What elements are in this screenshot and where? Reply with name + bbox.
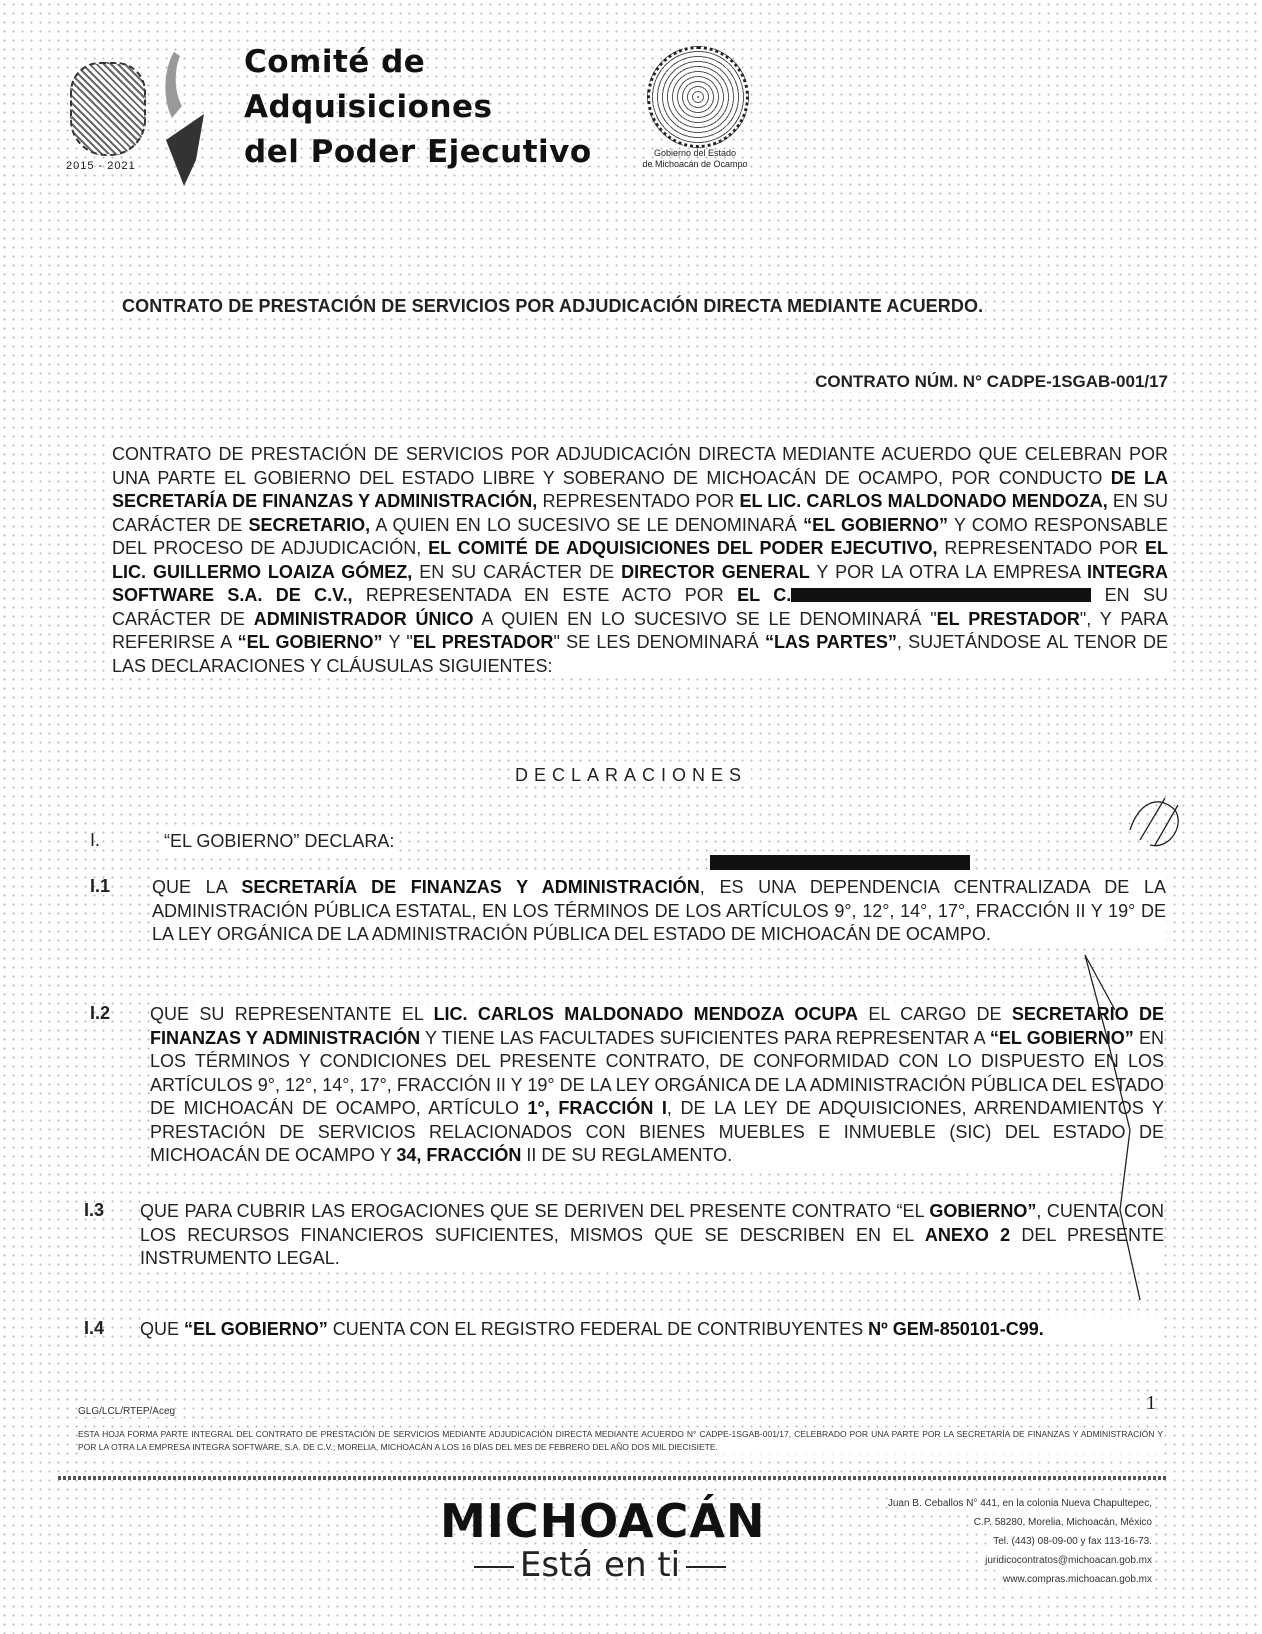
body-text: A QUIEN EN LO SUCESIVO SE LE DENOMINARÁ (370, 515, 803, 535)
body-text: " SE LES DENOMINARÁ (553, 632, 765, 652)
contact-address: Juan B. Ceballos N° 441, en la colonia N… (888, 1494, 1152, 1589)
declaration-number: I.4 (84, 1318, 104, 1339)
reference-code: GLG/LCL/RTEP/Aceg (78, 1406, 175, 1417)
emphasis-text: SECRETARIO, (248, 515, 370, 535)
signature-stroke-icon (1080, 950, 1160, 1310)
committee-line: Adquisiciones (244, 85, 592, 130)
emphasis-text: ADMINISTRADOR ÚNICO (254, 609, 474, 629)
section-number: I. (90, 830, 100, 851)
footer-divider (58, 1476, 1168, 1480)
body-text: QUE PARA CUBRIR LAS EROGACIONES QUE SE D… (140, 1201, 929, 1221)
emphasis-text: “LAS PARTES” (765, 632, 897, 652)
address-line: Juan B. Ceballos N° 441, en la colonia N… (888, 1494, 1152, 1513)
michoacan-brand: MICHOACÁN (440, 1494, 760, 1548)
contract-number: CONTRATO NÚM. N° CADPE-1SGAB-001/17 (815, 372, 1168, 392)
emphasis-text: “EL GOBIERNO” (184, 1319, 328, 1339)
body-text: EL CARGO DE (858, 1004, 1012, 1024)
redaction-bar (710, 855, 970, 870)
body-text: QUE SU REPRESENTANTE EL (150, 1004, 434, 1024)
declaration-number: I.3 (84, 1200, 104, 1221)
committee-line: Comité de (244, 40, 592, 85)
body-text: Y POR LA OTRA LA EMPRESA (810, 562, 1087, 582)
slogan: Está en ti (440, 1545, 760, 1585)
slogan-text: Está en ti (520, 1545, 680, 1585)
body-text: QUE LA (152, 877, 241, 897)
declaration-text: QUE “EL GOBIERNO” CUENTA CON EL REGISTRO… (140, 1318, 1160, 1342)
body-text: QUE (140, 1319, 184, 1339)
body-text: REPRESENTADO POR (537, 491, 739, 511)
body-text: EN SU CARÁCTER DE (412, 562, 621, 582)
body-text: Y " (383, 632, 413, 652)
body-text: CONTRATO DE PRESTACIÓN DE SERVICIOS POR … (112, 444, 1168, 488)
emphasis-text: EL LIC. CARLOS MALDONADO MENDOZA, (739, 491, 1107, 511)
committee-line: del Poder Ejecutivo (244, 130, 592, 175)
coat-of-arms-years: 2015 - 2021 (66, 160, 136, 172)
emphasis-text: “EL GOBIERNO” (803, 515, 948, 535)
body-text: CUENTA CON EL REGISTRO FEDERAL DE CONTRI… (328, 1319, 868, 1339)
body-text: A QUIEN EN LO SUCESIVO SE LE DENOMINARÁ … (474, 609, 937, 629)
michoacan-coat-of-arms-icon (70, 62, 146, 156)
seal-caption-line: Gobierno del Estado (615, 148, 775, 159)
website-link[interactable]: www.compras.michoacan.gob.mx (1003, 1570, 1152, 1589)
address-line: C.P. 58280, Morelia, Michoacán, México (974, 1513, 1152, 1532)
email-link[interactable]: juridicocontratos@michoacan.gob.mx (985, 1551, 1152, 1570)
phone-line: Tel. (443) 08-09-00 y fax 113-16-73. (993, 1532, 1152, 1551)
document-title: CONTRATO DE PRESTACIÓN DE SERVICIOS POR … (120, 296, 985, 317)
section-label: “EL GOBIERNO” DECLARA: (164, 830, 394, 854)
seal-caption: Gobierno del Estado de Michoacán de Ocam… (615, 148, 775, 170)
body-text: REPRESENTADA EN ESTE ACTO POR (353, 585, 738, 605)
letterhead: 2015 - 2021 Comité de Adquisiciones del … (0, 0, 1262, 220)
emphasis-text: DIRECTOR GENERAL (621, 562, 810, 582)
declaration-text: QUE LA SECRETARÍA DE FINANZAS Y ADMINIST… (152, 876, 1166, 947)
body-text: REPRESENTADO POR (938, 538, 1146, 558)
page-number: 1 (1146, 1392, 1156, 1415)
emphasis-text: EL PRESTADOR (937, 609, 1080, 629)
signature-initials-icon (1120, 790, 1190, 860)
emphasis-text: 1°, FRACCIÓN I (528, 1098, 667, 1118)
declaration-number: I.1 (90, 876, 110, 897)
emphasis-text: Nº GEM-850101-C99. (868, 1319, 1044, 1339)
emphasis-text: EL PRESTADOR (413, 632, 554, 652)
emphasis-text: SECRETARÍA DE FINANZAS Y ADMINISTRACIÓN (241, 877, 699, 897)
document-page: 2015 - 2021 Comité de Adquisiciones del … (0, 0, 1262, 1634)
emphasis-text: EL COMITÉ DE ADQUISICIONES DEL PODER EJE… (428, 538, 937, 558)
seal-caption-line: de Michoacán de Ocampo (615, 159, 775, 170)
emphasis-text: EL C. (737, 585, 791, 605)
emphasis-text: LIC. CARLOS MALDONADO MENDOZA OCUPA (434, 1004, 858, 1024)
emphasis-text: GOBIERNO” (929, 1201, 1036, 1221)
committee-name: Comité de Adquisiciones del Poder Ejecut… (244, 40, 592, 175)
committee-logo-icon (160, 48, 208, 188)
declarations-heading: DECLARACIONES (0, 765, 1262, 786)
redaction-bar (791, 588, 1091, 602)
declaration-text: QUE PARA CUBRIR LAS EROGACIONES QUE SE D… (140, 1200, 1164, 1271)
declarations-heading-text: DECLARACIONES (511, 765, 751, 785)
emphasis-text: “EL GOBIERNO” (238, 632, 383, 652)
declaration-number: I.2 (90, 1003, 110, 1024)
body-text: II DE SU REGLAMENTO. (521, 1145, 732, 1165)
body-text: Y TIENE LAS FACULTADES SUFICIENTES PARA … (420, 1028, 990, 1048)
legal-footnote: ESTA HOJA FORMA PARTE INTEGRAL DEL CONTR… (78, 1428, 1163, 1454)
mexican-seal-icon (647, 46, 749, 148)
emphasis-text: 34, FRACCIÓN (396, 1145, 521, 1165)
emphasis-text: ANEXO 2 (925, 1225, 1010, 1245)
intro-paragraph: CONTRATO DE PRESTACIÓN DE SERVICIOS POR … (112, 443, 1168, 678)
declaration-text: QUE SU REPRESENTANTE EL LIC. CARLOS MALD… (150, 1003, 1164, 1168)
